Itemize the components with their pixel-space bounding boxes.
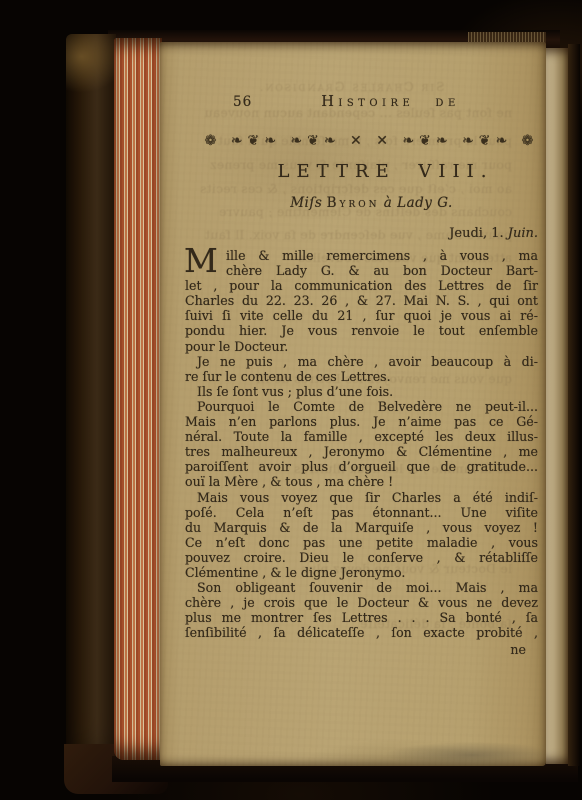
body-line: ille & mille remercimens , à vous , ma — [185, 248, 538, 263]
dateline-day: Jeudi, 1. — [449, 226, 508, 241]
gutter-shadow — [568, 44, 580, 766]
adjacent-page-edge — [546, 48, 568, 764]
letter-heading: LETTRE VIII. — [185, 161, 546, 182]
running-header: 56 Histoire de — [185, 94, 538, 110]
body-line: chère Lady G. & au bon Docteur Bart- — [185, 263, 538, 278]
body-line: Son obligeant ſouvenir de moi... Mais , … — [185, 580, 538, 595]
body-line: Ils ſe ſont vus ; plus d’une fois. — [185, 384, 538, 399]
book-photo: Sir Charles Grandison.ne ſont pas ſeules… — [0, 0, 582, 800]
body-line: Clémentine , & le digne Jeronymo. — [185, 565, 538, 580]
body-line: Mais n’en parlons plus. Je n’aime pas ce… — [185, 414, 538, 429]
body-line: Mais vous voyez que ſir Charles a été in… — [185, 490, 538, 505]
body-text: M ille & mille remercimens , à vous , ma… — [185, 248, 538, 640]
book-page: Sir Charles Grandison.ne ſont pas ſeules… — [160, 42, 546, 766]
page-fore-edge-speckled — [114, 38, 162, 760]
dateline-month: Juin. — [508, 226, 538, 241]
subheading-post: à Lady G. — [384, 195, 453, 211]
body-line: paroiſſent avoir plus d’orgueil que de g… — [185, 459, 538, 474]
body-line: néral. Toute la famille , excepté les de… — [185, 429, 538, 444]
body-line: pondu hier. Je vous renvoie le tout enſe… — [185, 323, 538, 338]
body-line: Ce n’eſt donc pas une petite maladie , v… — [185, 535, 538, 550]
body-line: let , pour la communication des Lettres … — [185, 278, 538, 293]
body-line: plus me montrer ſes Lettres . . . Sa bon… — [185, 610, 538, 625]
body-line: ouï la Mère , & tous , ma chère ! — [185, 474, 538, 489]
body-line: tres malheureux , Jeronymo & Clémentine … — [185, 444, 538, 459]
page-number: 56 — [233, 94, 252, 110]
body-line: poſé. Cela n’eſt pas étonnant... Une viſ… — [185, 505, 538, 520]
catchword: ne — [185, 642, 538, 657]
body-line: ſuivi ſi vite celle du 21 , ſur quoi je … — [185, 308, 538, 323]
body-line: pour le Docteur. — [185, 339, 538, 354]
drop-cap: M — [184, 244, 218, 277]
body-line: Je ne puis , ma chère , avoir beaucoup à… — [185, 354, 538, 369]
letter-subheading: Miſs Byron à Lady G. — [185, 195, 546, 211]
subheading-name: Byron — [327, 195, 380, 211]
subheading-pre: Miſs — [290, 195, 322, 211]
body-line: Pourquoi le Comte de Belvedère ne peut-i… — [185, 399, 538, 414]
body-line: pouvez croire. Dieu le conſerve , & réta… — [185, 550, 538, 565]
printed-page-content: 56 Histoire de ❁ ❧❦❧ ❧❦❧ ✕ ✕ ❧❦❧ ❧❦❧ ❁ L… — [160, 42, 546, 766]
body-line: re ſur le contenu de ces Lettres. — [185, 369, 538, 384]
body-line: du Marquis & de la Marquiſe , vous voyez… — [185, 520, 538, 535]
body-line: Charles du 22. 23. 26 , & 27. Mai N. S. … — [185, 293, 538, 308]
body-line: ſenſibilité , ſa délicateſſe , ſon exact… — [185, 625, 538, 640]
body-line: chère , je crois que le Docteur & vous n… — [185, 595, 538, 610]
fleuron-ornament-band: ❁ ❧❦❧ ❧❦❧ ✕ ✕ ❧❦❧ ❧❦❧ ❁ — [185, 133, 546, 149]
leather-cover-board — [66, 34, 116, 790]
dateline: Jeudi, 1. Juin. — [185, 226, 538, 241]
